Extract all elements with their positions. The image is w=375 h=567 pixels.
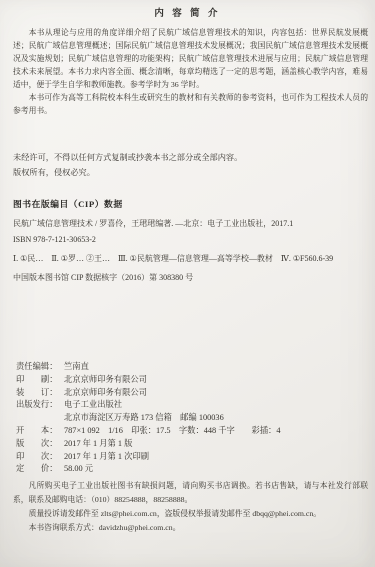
copyright-notice-line: 版权所有，侵权必究。 (13, 166, 368, 181)
pub-label: 开 本： (16, 425, 64, 438)
pub-value: 787×1 092 1/16 印张：17.5 字数：448 千字 彩插：4 (64, 426, 280, 435)
pub-label: 责任编辑： (16, 361, 64, 374)
cip-title-line: 民航广域信息管理技术 / 罗喜伶，王珺珺编著. —北京：电子工业出版社，2017… (13, 219, 370, 228)
pub-row-price: 定 价：58.00 元 (16, 463, 370, 476)
pub-label: 出版发行： (16, 399, 64, 412)
cip-heading: 图书在版编目（CIP）数据 (13, 197, 370, 210)
intro-paragraph: 本书可作为高等工科院校本科生或研究生的教材和有关教师的参考资料，也可作为工程技术… (13, 91, 368, 117)
pub-value: 北京市海淀区万寿路 173 信箱 邮编 100036 (64, 413, 224, 422)
copyright-notice: 未经许可，不得以任何方式复制或抄袭本书之部分或全部内容。 版权所有，侵权必究。 (13, 151, 368, 180)
intro-paragraph: 本书从理论与应用的角度详细介绍了民航广域信息管理技术的知识，内容包括：世界民航发… (13, 26, 368, 91)
pub-value: 电子工业出版社 (64, 400, 122, 409)
pub-row-address: 北京市海淀区万寿路 173 信箱 邮编 100036 (16, 412, 370, 425)
pub-value: 2017 年 1 月第 1 次印刷 (64, 452, 149, 461)
pub-label: 定 价： (16, 463, 64, 476)
pub-row-impression: 印 次：2017 年 1 月第 1 次印刷 (16, 451, 370, 464)
pub-value: 北京京师印务有限公司 (64, 388, 147, 397)
pub-row-editor: 责任编辑：竺南直 (16, 361, 370, 374)
cip-block: 图书在版编目（CIP）数据 民航广域信息管理技术 / 罗喜伶，王珺珺编著. —北… (13, 197, 370, 289)
footer-paragraph: 本书咨询联系方式：davidzhu@phei.com.cn。 (13, 521, 368, 535)
footer-paragraph: 凡所购买电子工业出版社图书有缺损问题，请向购买书店调换。若书店售缺，请与本社发行… (13, 479, 368, 507)
pub-value: 2017 年 1 月第 1 版 (64, 439, 132, 448)
book-copyright-page: 内 容 简 介 本书从理论与应用的角度详细介绍了民航广域信息管理技术的知识，内容… (0, 0, 375, 567)
pub-label: 印 刷： (16, 374, 64, 387)
pub-row-publisher: 出版发行：电子工业出版社 (16, 399, 370, 412)
pub-row-format: 开 本：787×1 092 1/16 印张：17.5 字数：448 千字 彩插：… (16, 425, 370, 438)
pub-value: 竺南直 (64, 362, 89, 371)
footer-paragraph: 质量投诉请发邮件至 zlts@phei.com.cn，盗版侵权举报请发邮件至 d… (13, 507, 368, 521)
pub-label: 印 次： (16, 451, 64, 464)
cip-classification-line: Ⅰ. ①民… Ⅱ. ①罗… ②王… Ⅲ. ①民航管理—信息管理—高等学校—教材 … (13, 254, 370, 263)
copyright-notice-line: 未经许可，不得以任何方式复制或抄袭本书之部分或全部内容。 (13, 151, 368, 166)
pub-label: 装 订： (16, 387, 64, 400)
pub-value: 北京京师印务有限公司 (64, 375, 147, 384)
pub-label: 版 次： (16, 438, 64, 451)
cip-record-line: 中国版本图书馆 CIP 数据核字（2016）第 308380 号 (13, 273, 370, 282)
pub-row-edition: 版 次：2017 年 1 月第 1 版 (16, 438, 370, 451)
pub-row-binder: 装 订：北京京师印务有限公司 (16, 387, 370, 400)
cip-isbn-line: ISBN 978-7-121-30653-2 (13, 235, 370, 244)
pub-value: 58.00 元 (64, 464, 93, 473)
pub-row-printer: 印 刷：北京京师印务有限公司 (16, 374, 370, 387)
section-title: 内 容 简 介 (0, 5, 375, 19)
footer-block: 凡所购买电子工业出版社图书有缺损问题，请向购买书店调换。若书店售缺，请与本社发行… (13, 479, 368, 535)
intro-block: 本书从理论与应用的角度详细介绍了民航广域信息管理技术的知识，内容包括：世界民航发… (13, 26, 368, 117)
publication-info-block: 责任编辑：竺南直 印 刷：北京京师印务有限公司 装 订：北京京师印务有限公司 出… (16, 361, 370, 476)
